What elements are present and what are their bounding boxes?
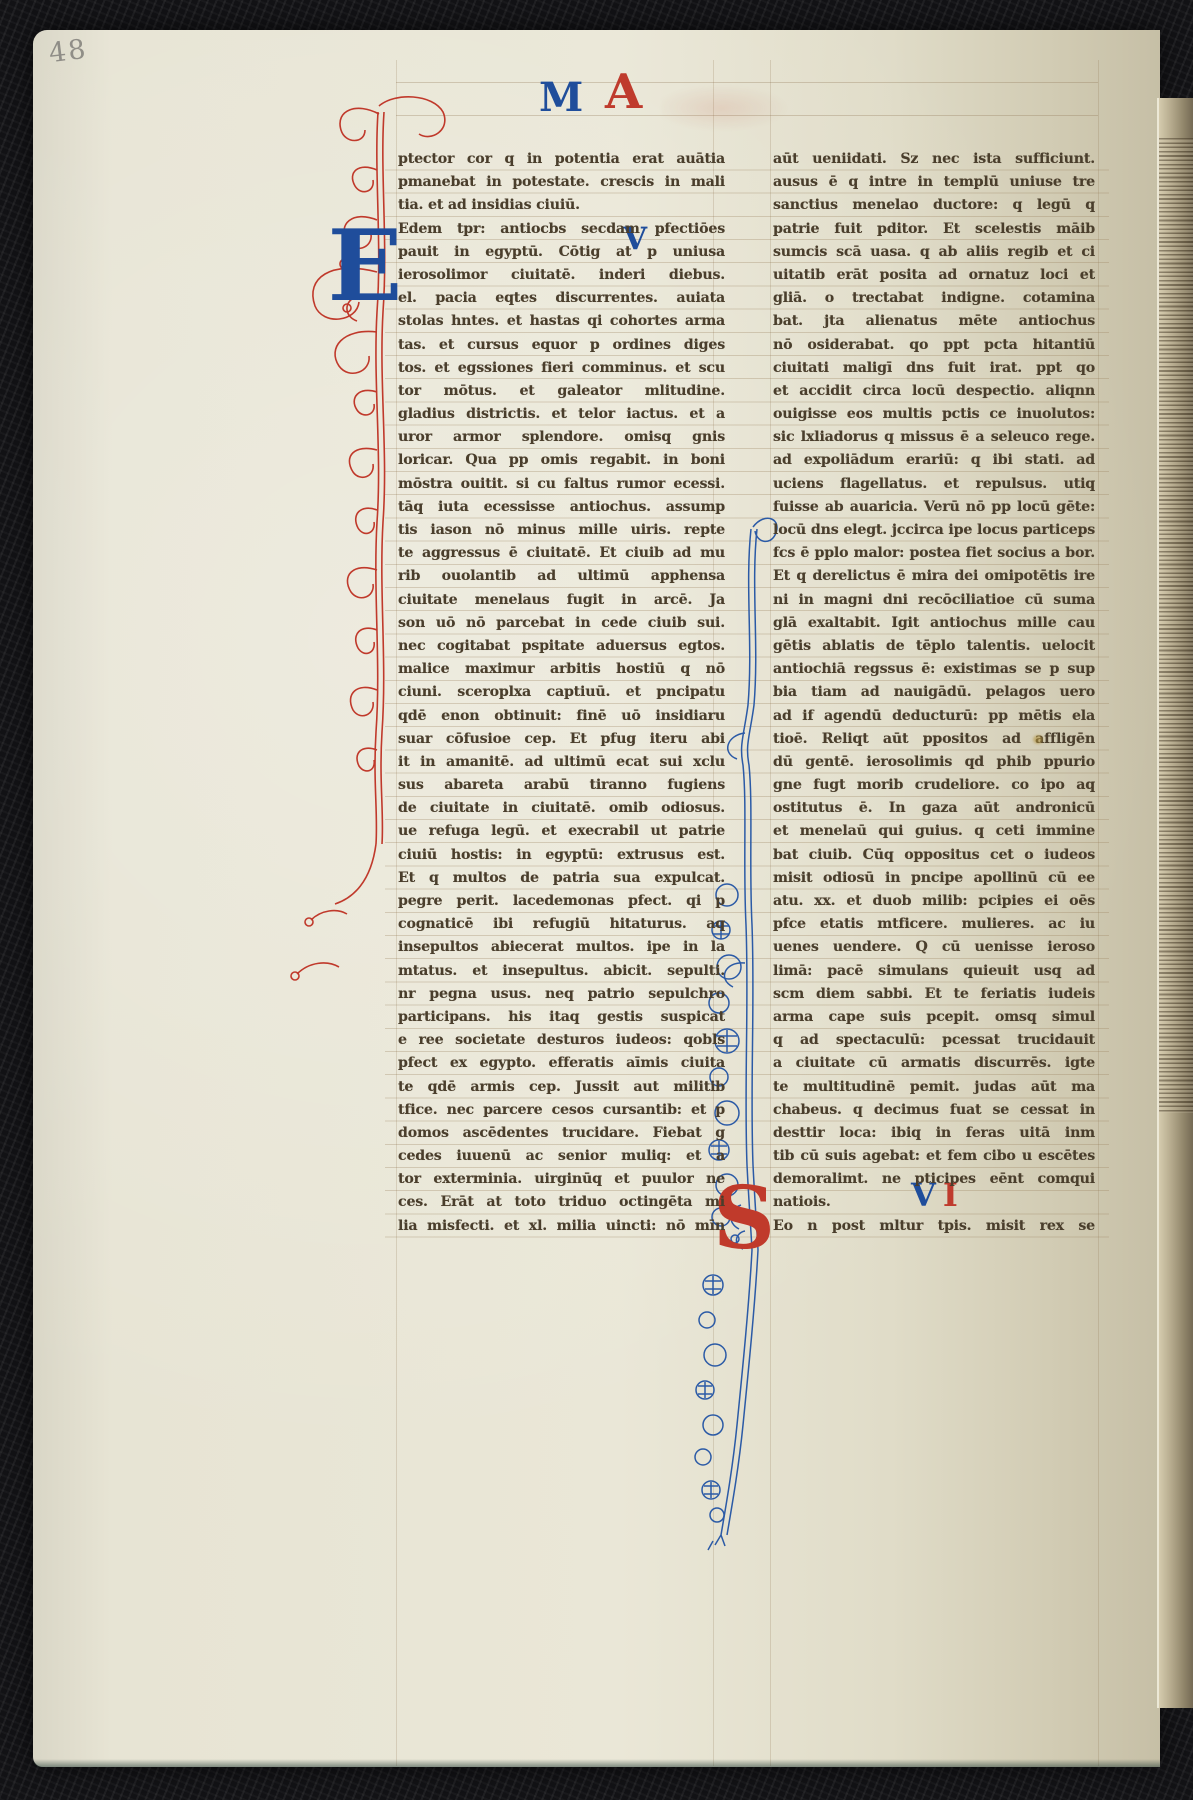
text-line: sumcis scā uasa. q ab aliis regib et ci bbox=[773, 241, 1095, 264]
running-title-letter-m: M bbox=[539, 74, 583, 121]
manuscript-photograph: 48 M A bbox=[0, 0, 1193, 1800]
text-line: tib cū suis agebat: et fem cibo u escēte… bbox=[773, 1145, 1095, 1168]
text-line: tfice. nec parcere cesos cursantib: et p bbox=[398, 1099, 725, 1122]
text-line: tos. et egssiones fieri comminus. et scu bbox=[398, 357, 725, 380]
text-line: nr pegna usus. neq patrio sepulchro bbox=[398, 983, 725, 1006]
text-line: fcs ē pplo malor: postea fiet socius a b… bbox=[773, 542, 1095, 565]
text-line: uror armor splendore. omisq gnis bbox=[398, 426, 725, 449]
text-line: sic lxliadorus q missus ē a seleuco rege… bbox=[773, 426, 1095, 449]
text-line: gladius districtis. et telor iactus. et … bbox=[398, 403, 725, 426]
text-line: rib ouolantib ad ultimū apphensa bbox=[398, 565, 725, 588]
text-line: it in amanitē. ad ultimū ecat sui xclu bbox=[398, 751, 725, 774]
text-line: tioē. Reliqt aūt ppositos ad affligēn bbox=[773, 728, 1095, 751]
text-line: insepultos abiecerat multos. ipe in la bbox=[398, 936, 725, 959]
ink-offset-ghost bbox=[661, 82, 811, 134]
text-line: uciens flagellatus. et repulsus. utiq bbox=[773, 473, 1095, 496]
text-line: ad expoliādum erariū: q ibi stati. ad bbox=[773, 449, 1095, 472]
text-line: stolas hntes. et hastas qi cohortes arma bbox=[398, 310, 725, 333]
text-line: domos ascēdentes trucidare. Fiebat g bbox=[398, 1122, 725, 1145]
text-line: atu. xx. et duob milib: pcipies ei oēs bbox=[773, 890, 1095, 913]
folio-number: 48 bbox=[47, 34, 89, 69]
text-line: demoralimt. ne pticipes eēnt comqui bbox=[773, 1168, 1095, 1191]
text-line: dū gentē. ierosolimis qd phib ppurio bbox=[773, 751, 1095, 774]
text-line: ciuitate menelaus fugit in arcē. Ja bbox=[398, 589, 725, 612]
text-line: ierosolimor ciuitatē. inderi diebus. bbox=[398, 264, 725, 287]
text-line: e ree societate desturos iudeos: qobls bbox=[398, 1029, 725, 1052]
text-line: Et q derelictus ē mira dei omipotētis ir… bbox=[773, 565, 1095, 588]
text-line: tas. et cursus equor p ordines diges bbox=[398, 334, 725, 357]
text-line: ciuni. sceroplxa captiuū. et pncipatu bbox=[398, 681, 725, 704]
text-line: locū dns elegt. jccirca ipe locus partic… bbox=[773, 519, 1095, 542]
text-line: mtatus. et insepultus. abicit. sepulti. bbox=[398, 960, 725, 983]
text-line: cognaticē ibi refugiū hitaturus. aq bbox=[398, 913, 725, 936]
text-line: et menelaū qui guius. q ceti immine bbox=[773, 820, 1095, 843]
text-line: gētis ablatis de tēplo talentis. uelocit bbox=[773, 635, 1095, 658]
text-line: ni in magni dni recōciliatioe cū suma bbox=[773, 589, 1095, 612]
text-line: mōstra ouitit. si cu faltus rumor ecessi… bbox=[398, 473, 725, 496]
text-line: son uō nō parcebat in cede ciuib sui. bbox=[398, 612, 725, 635]
text-column-right: aūt ueniidati. Sz nec ista sufficiunt.au… bbox=[773, 148, 1095, 1238]
text-line: loricar. Qua pp omis regabit. in boni bbox=[398, 449, 725, 472]
text-line: tor mōtus. et galeator mlitudine. bbox=[398, 380, 725, 403]
text-line: pfect ex egypto. efferatis aīmis ciuita bbox=[398, 1052, 725, 1075]
parchment-page: 48 M A bbox=[33, 30, 1160, 1767]
text-line: aūt ueniidati. Sz nec ista sufficiunt. bbox=[773, 148, 1095, 171]
text-line: tia. et ad insidias ciuiū. bbox=[398, 194, 725, 217]
text-line: te aggressus ē ciuitatē. Et ciuib ad mu bbox=[398, 542, 725, 565]
text-line: lia misfecti. et xl. milia uincti: nō mī… bbox=[398, 1215, 725, 1238]
text-line: ces. Erāt at toto triduo octingēta mi bbox=[398, 1191, 725, 1214]
text-line: ciuitati maligī dns fuit irat. ppt qo bbox=[773, 357, 1095, 380]
text-line: uitatib erāt posita ad ornatuz loci et bbox=[773, 264, 1095, 287]
text-line: patrie fuit pditor. Et scelestis māib bbox=[773, 218, 1095, 241]
text-line: nec cogitabat pspitate aduersus egtos. bbox=[398, 635, 725, 658]
text-line: ptector cor q in potentia erat auātia bbox=[398, 148, 725, 171]
running-title-letter-a: A bbox=[605, 64, 642, 120]
text-line: bat. jta alienatus mēte antiochus bbox=[773, 310, 1095, 333]
text-line: malice maximur arbitis hostiū q nō bbox=[398, 658, 725, 681]
text-line: et accidit circa locū despectio. aliqnn bbox=[773, 380, 1095, 403]
text-line: cedes iuuenū ac senior muliq: et a bbox=[398, 1145, 725, 1168]
text-line: natiois. bbox=[773, 1191, 1095, 1214]
text-line: suar cōfusioe cep. Et pfug iteru abi bbox=[398, 728, 725, 751]
text-line: Edem tpr: antiocbs secdam pfectiōes bbox=[398, 218, 725, 241]
text-line: ausus ē q intre in templū uniuse tre bbox=[773, 171, 1095, 194]
text-line: ad if agendū deducturū: pp mētis ela bbox=[773, 705, 1095, 728]
text-line: tor exterminia. uirginūq et puulor ne bbox=[398, 1168, 725, 1191]
text-line: fuisse ab auaricia. Verū nō pp locū gēte… bbox=[773, 496, 1095, 519]
text-line: ostitutus ē. In gaza aūt andronicū bbox=[773, 797, 1095, 820]
text-line: scm diem sabbi. Et te feriatis iudeis bbox=[773, 983, 1095, 1006]
text-line: pauit in egyptū. Cōtig at p uniusa bbox=[398, 241, 725, 264]
text-line: tāq iuta ecessisse antiochus. assump bbox=[398, 496, 725, 519]
text-line: ouigisse eos multis pctis ce inuolutos: bbox=[773, 403, 1095, 426]
text-line: a ciuitate cū armatis discurrēs. igte bbox=[773, 1052, 1095, 1075]
text-column-left: ptector cor q in potentia erat auātiapma… bbox=[398, 148, 725, 1238]
text-line: sanctius menelao ductore: q legū q bbox=[773, 194, 1095, 217]
text-line: pfce etatis mtficere. mulieres. ac iu bbox=[773, 913, 1095, 936]
text-line: gne fugt morib crudeliore. co ipo aq bbox=[773, 774, 1095, 797]
text-line: qdē enon obtinuit: finē uō insidiaru bbox=[398, 705, 725, 728]
text-line: nō osiderabat. qo ppt pcta hitantiū bbox=[773, 334, 1095, 357]
text-line: chabeus. q decimus fuat se cessat in bbox=[773, 1099, 1095, 1122]
text-line: arma cape suis pcepit. omsq simul bbox=[773, 1006, 1095, 1029]
ruling-vertical-right bbox=[1098, 60, 1099, 1766]
text-line: ue refuga legū. et execrabil ut patrie bbox=[398, 820, 725, 843]
text-line: bat ciuib. Cūq oppositus cet o iudeos bbox=[773, 844, 1095, 867]
text-line: limā: pacē simulans quieuit usq ad bbox=[773, 960, 1095, 983]
text-line: ciuiū hostis: in egyptū: extrusus est. bbox=[398, 844, 725, 867]
text-line: desttir loca: ibiq in feras uitā inm bbox=[773, 1122, 1095, 1145]
text-line: uenes uendere. Q cū uenisse ieroso bbox=[773, 936, 1095, 959]
text-line: Et q multos de patria sua expulcat. bbox=[398, 867, 725, 890]
parchment-stain bbox=[1033, 735, 1043, 744]
text-line: de ciuitate in ciuitatē. omib odiosus. bbox=[398, 797, 725, 820]
text-line: misit odiosū in pncipe apollinū cū ee bbox=[773, 867, 1095, 890]
text-line: sus abareta arabū tiranno fugiens bbox=[398, 774, 725, 797]
text-line: pmanebat in potestate. crescis in mali bbox=[398, 171, 725, 194]
text-line: q ad spectaculū: pcessat trucidauit bbox=[773, 1029, 1095, 1052]
text-line: antiochiā regssus ē: existimas se p sup bbox=[773, 658, 1095, 681]
text-line: participans. his itaq gestis suspicat bbox=[398, 1006, 725, 1029]
text-line: el. pacia eqtes discurrentes. auiata bbox=[398, 287, 725, 310]
fore-edge-of-leaves bbox=[1157, 98, 1193, 1708]
text-line: bia tiam ad nauigādū. pelagos uero bbox=[773, 681, 1095, 704]
text-line: te multitudinē pemit. judas aūt ma bbox=[773, 1076, 1095, 1099]
text-line: glā exaltabit. Igit antiochus mille cau bbox=[773, 612, 1095, 635]
text-line: te qdē armis cep. Jussit aut militib bbox=[398, 1076, 725, 1099]
text-line: Eo n post mltur tpis. misit rex se bbox=[773, 1215, 1095, 1238]
text-line: pegre perit. lacedemonas pfect. qi p bbox=[398, 890, 725, 913]
initial-e-lombardic: E bbox=[327, 218, 403, 316]
text-line: gliā. o trectabat indigne. cotamina bbox=[773, 287, 1095, 310]
fore-edge-text-texture bbox=[1159, 138, 1193, 1113]
text-line: tis iason nō minus mille uiris. repte bbox=[398, 519, 725, 542]
